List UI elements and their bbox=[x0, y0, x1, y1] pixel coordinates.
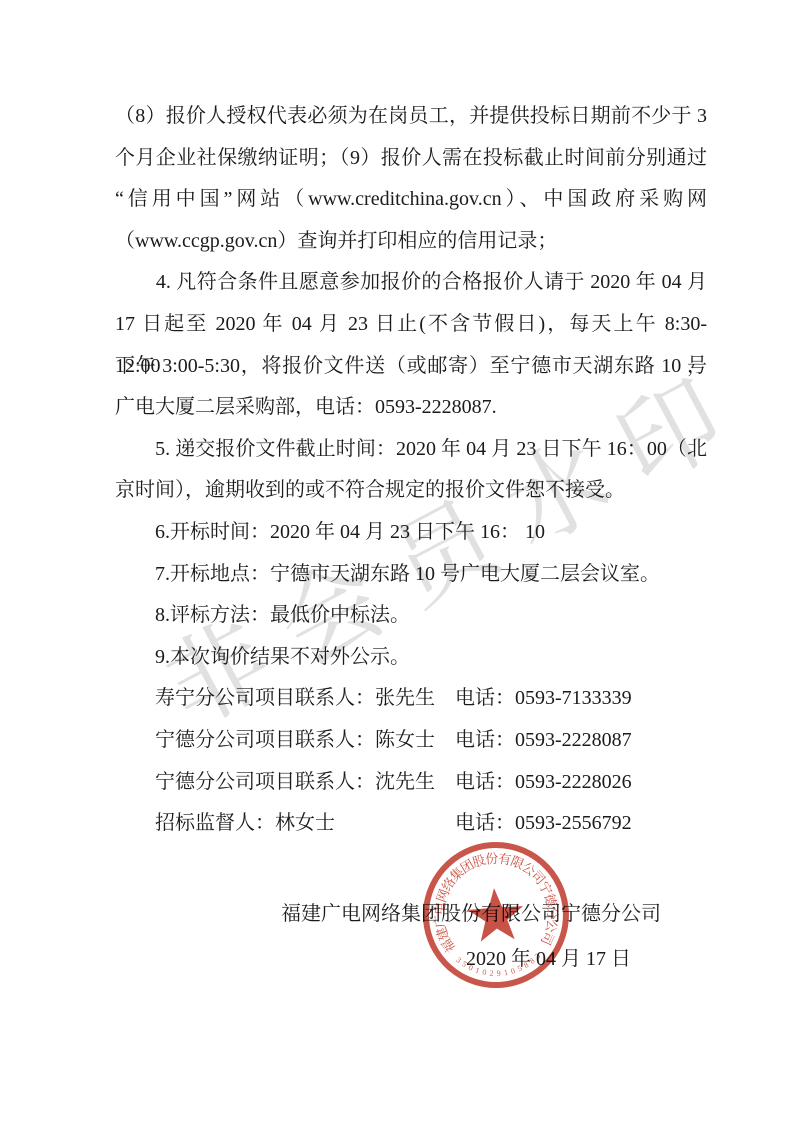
seal-star bbox=[467, 886, 526, 942]
doc-line: 广电大厦二层采购部，电话：0593-2228087. bbox=[115, 387, 707, 429]
doc-line: 6.开标时间：2020 年 04 月 23 日下午 16： 10 bbox=[115, 512, 707, 554]
contact-label: 宁德分公司项目联系人：陈女士 bbox=[155, 720, 455, 762]
contact-phone: 电话：0593-2228087 bbox=[455, 720, 632, 762]
doc-line: 4. 凡符合条件且愿意参加报价的合格报价人请于 2020 年 04 月 bbox=[115, 262, 707, 304]
doc-line: 下午 3:00-5:30，将报价文件送（或邮寄）至宁德市天湖东路 10 号 bbox=[115, 346, 707, 388]
doc-line: 17 日起至 2020 年 04 月 23 日止(不含节假日)，每天上午 8:3… bbox=[115, 304, 707, 346]
contact-phone: 电话：0593-7133339 bbox=[455, 678, 632, 720]
contact-row: 寿宁分公司项目联系人：张先生 电话：0593-7133339 bbox=[115, 678, 707, 720]
contact-row: 宁德分公司项目联系人：沈先生 电话：0593-2228026 bbox=[115, 762, 707, 804]
doc-line: （8）报价人授权代表必须为在岗员工，并提供投标日期前不少于 3 bbox=[115, 96, 707, 138]
scanned-document-page: { "watermark": { "text": "非会员水印" }, "doc… bbox=[0, 0, 793, 1121]
contact-row: 宁德分公司项目联系人：陈女士 电话：0593-2228087 bbox=[115, 720, 707, 762]
doc-line: 8.评标方法：最低价中标法。 bbox=[115, 595, 707, 637]
doc-line: 京时间），逾期收到的或不符合规定的报价文件恕不接受。 bbox=[115, 470, 707, 512]
contact-phone: 电话：0593-2228026 bbox=[455, 762, 632, 804]
contact-label: 宁德分公司项目联系人：沈先生 bbox=[155, 762, 455, 804]
contact-label: 寿宁分公司项目联系人：张先生 bbox=[155, 678, 455, 720]
doc-line: 5. 递交报价文件截止时间：2020 年 04 月 23 日下午 16：00（北 bbox=[115, 429, 707, 471]
company-seal: 福建广电网络集团股份有限公司宁德分公司 3501029105883 bbox=[400, 820, 592, 1012]
doc-line: 9.本次询价结果不对外公示。 bbox=[115, 637, 707, 679]
doc-line: 7.开标地点：宁德市天湖东路 10 号广电大厦二层会议室。 bbox=[115, 554, 707, 596]
document-body: （8）报价人授权代表必须为在岗员工，并提供投标日期前不少于 3 个月企业社保缴纳… bbox=[115, 96, 707, 845]
doc-line: （www.ccgp.gov.cn）查询并打印相应的信用记录； bbox=[115, 221, 707, 263]
doc-line: “信用中国”网站（www.creditchina.gov.cn）、中国政府采购网 bbox=[115, 179, 707, 221]
doc-line: 个月企业社保缴纳证明；（9）报价人需在投标截止时间前分别通过 bbox=[115, 138, 707, 180]
